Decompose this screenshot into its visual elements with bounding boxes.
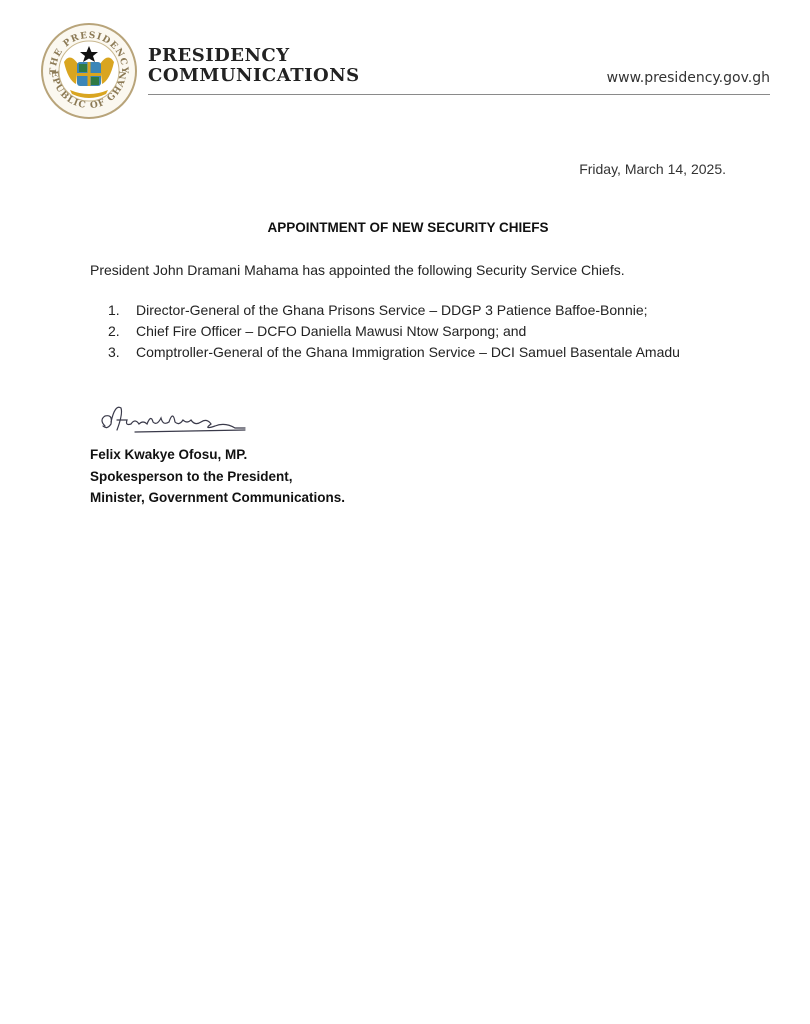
signatory-name: Felix Kwakye Ofosu, MP. bbox=[90, 444, 345, 466]
list-item: 3. Comptroller-General of the Ghana Immi… bbox=[108, 342, 680, 363]
ghana-coat-of-arms-icon: THE PRESIDENCY REPUBLIC OF GHANA bbox=[40, 22, 138, 120]
signatory-title-2: Minister, Government Communications. bbox=[90, 487, 345, 509]
signature-block: Felix Kwakye Ofosu, MP. Spokesperson to … bbox=[90, 444, 345, 509]
list-item: 2. Chief Fire Officer – DCFO Daniella Ma… bbox=[108, 321, 680, 342]
brand-line-presidency: PRESIDENCY bbox=[148, 46, 360, 66]
signatory-title-1: Spokesperson to the President, bbox=[90, 466, 345, 488]
document-title: APPOINTMENT OF NEW SECURITY CHIEFS bbox=[0, 220, 810, 235]
list-item-number: 3. bbox=[108, 342, 136, 363]
appointments-list: 1. Director-General of the Ghana Prisons… bbox=[108, 300, 680, 363]
list-item: 1. Director-General of the Ghana Prisons… bbox=[108, 300, 680, 321]
list-item-text: Comptroller-General of the Ghana Immigra… bbox=[136, 342, 680, 363]
intro-paragraph: President John Dramani Mahama has appoin… bbox=[90, 262, 625, 278]
list-item-number: 2. bbox=[108, 321, 136, 342]
document-date: Friday, March 14, 2025. bbox=[579, 161, 726, 177]
list-item-text: Chief Fire Officer – DCFO Daniella Mawus… bbox=[136, 321, 526, 342]
handwritten-signature-icon bbox=[95, 400, 255, 440]
header-divider bbox=[148, 94, 770, 95]
brand-line-communications: COMMUNICATIONS bbox=[148, 66, 360, 86]
brand-name: PRESIDENCY COMMUNICATIONS bbox=[148, 46, 360, 86]
list-item-text: Director-General of the Ghana Prisons Se… bbox=[136, 300, 648, 321]
list-item-number: 1. bbox=[108, 300, 136, 321]
website-url: www.presidency.gov.gh bbox=[607, 70, 770, 86]
presidency-seal-logo: THE PRESIDENCY REPUBLIC OF GHANA bbox=[40, 22, 138, 120]
